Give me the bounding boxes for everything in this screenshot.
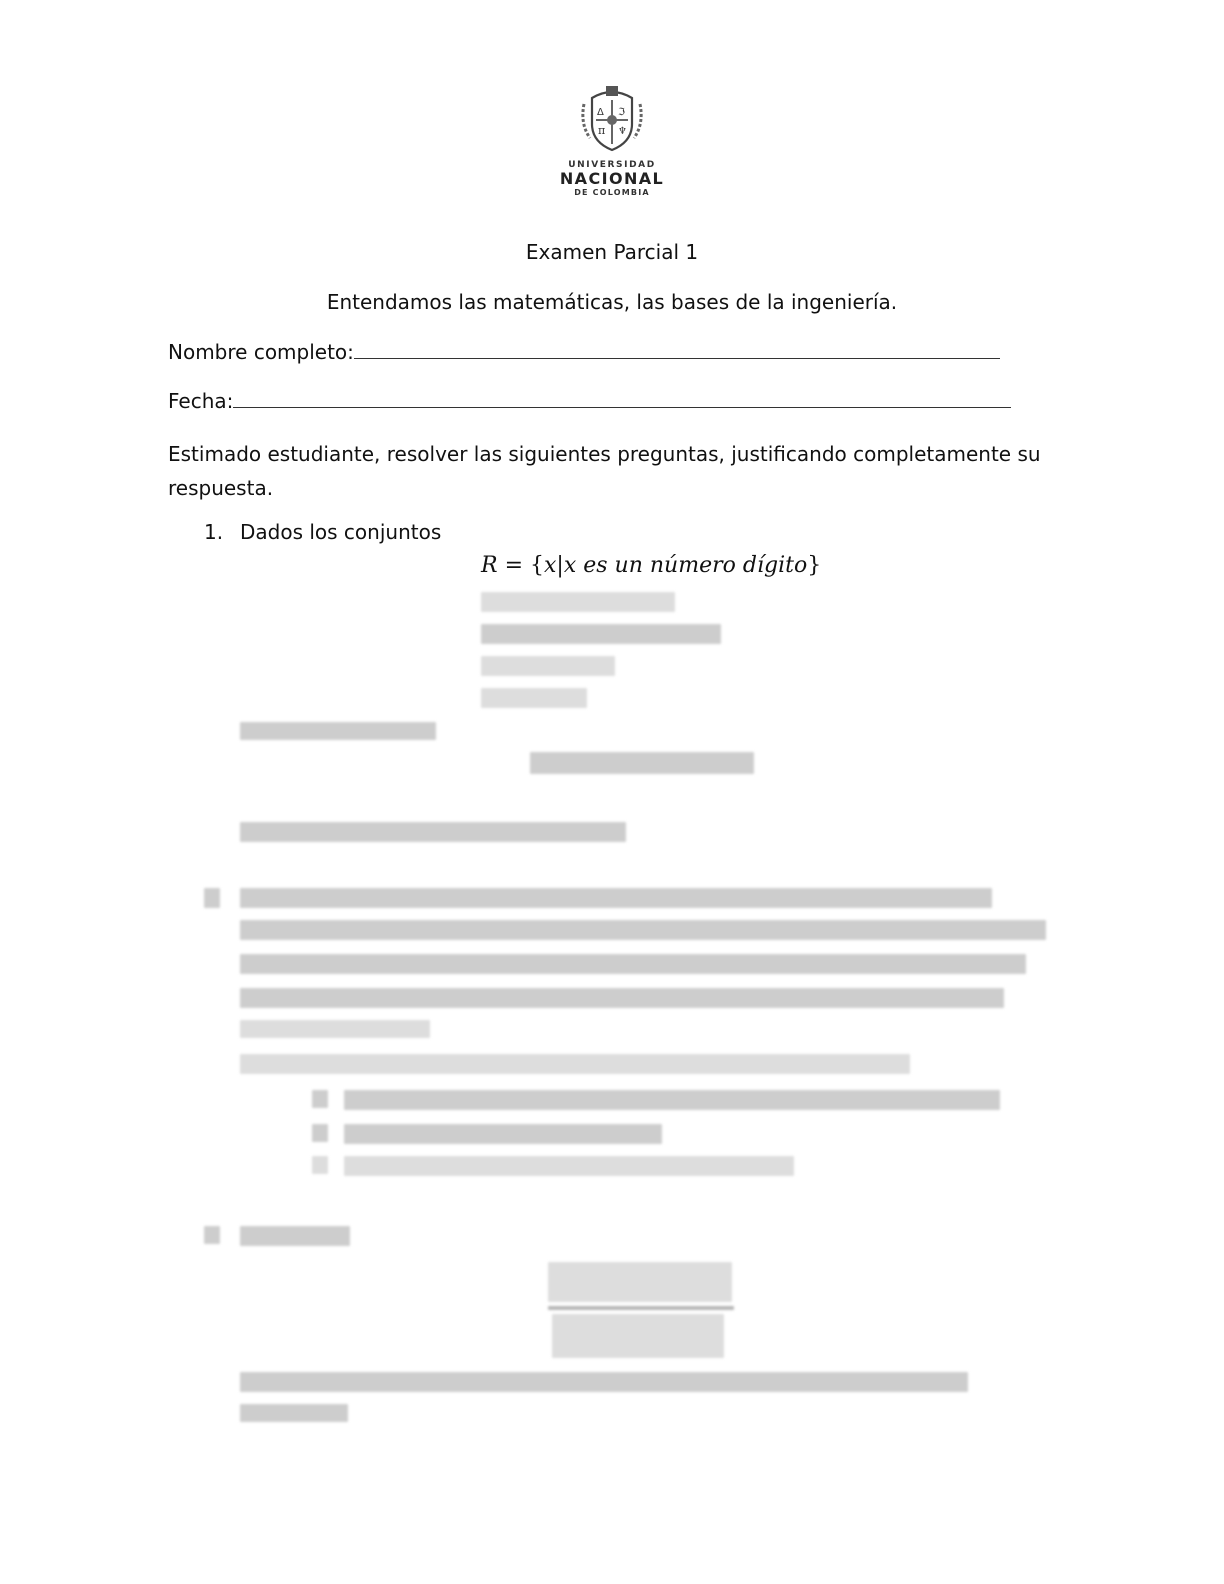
full-name-blank[interactable] <box>354 357 1000 359</box>
variable: x <box>544 553 556 578</box>
full-name-field-row: Nombre completo: <box>168 340 1000 364</box>
date-blank[interactable] <box>233 406 1011 408</box>
svg-text:ℑ: ℑ <box>618 107 625 118</box>
exam-title: Examen Parcial 1 <box>0 240 1224 264</box>
variable: x <box>564 553 576 578</box>
set-r-definition: R = {x|x es un número dígito} <box>481 553 821 578</box>
university-crest-icon: Δ ℑ π ♆ <box>578 84 646 154</box>
exam-page: Δ ℑ π ♆ UNIVERSIDAD NACIONAL DE COLOMBIA… <box>0 0 1224 1584</box>
logo-text-nacional: NACIONAL <box>537 170 687 188</box>
brace-close: } <box>807 553 821 578</box>
date-label: Fecha: <box>168 389 233 413</box>
svg-text:Δ: Δ <box>597 107 604 118</box>
svg-text:π: π <box>598 124 605 137</box>
question-1-heading: 1.Dados los conjuntos <box>204 520 441 544</box>
set-predicate: es un número dígito <box>576 553 807 578</box>
such-that: | <box>556 553 563 578</box>
brace-open: { <box>530 553 544 578</box>
instructions: Estimado estudiante, resolver las siguie… <box>168 437 1048 505</box>
equals-sign: = <box>498 553 530 578</box>
full-name-label: Nombre completo: <box>168 340 354 364</box>
exam-subtitle: Entendamos las matemáticas, las bases de… <box>0 290 1224 314</box>
date-field-row: Fecha: <box>168 389 1011 413</box>
question-text: Dados los conjuntos <box>240 520 441 544</box>
set-r-symbol: R <box>481 553 498 578</box>
logo-text-de-colombia: DE COLOMBIA <box>537 188 687 197</box>
question-number: 1. <box>204 520 240 544</box>
svg-text:♆: ♆ <box>618 126 627 137</box>
university-logo: Δ ℑ π ♆ UNIVERSIDAD NACIONAL DE COLOMBIA <box>537 84 687 197</box>
